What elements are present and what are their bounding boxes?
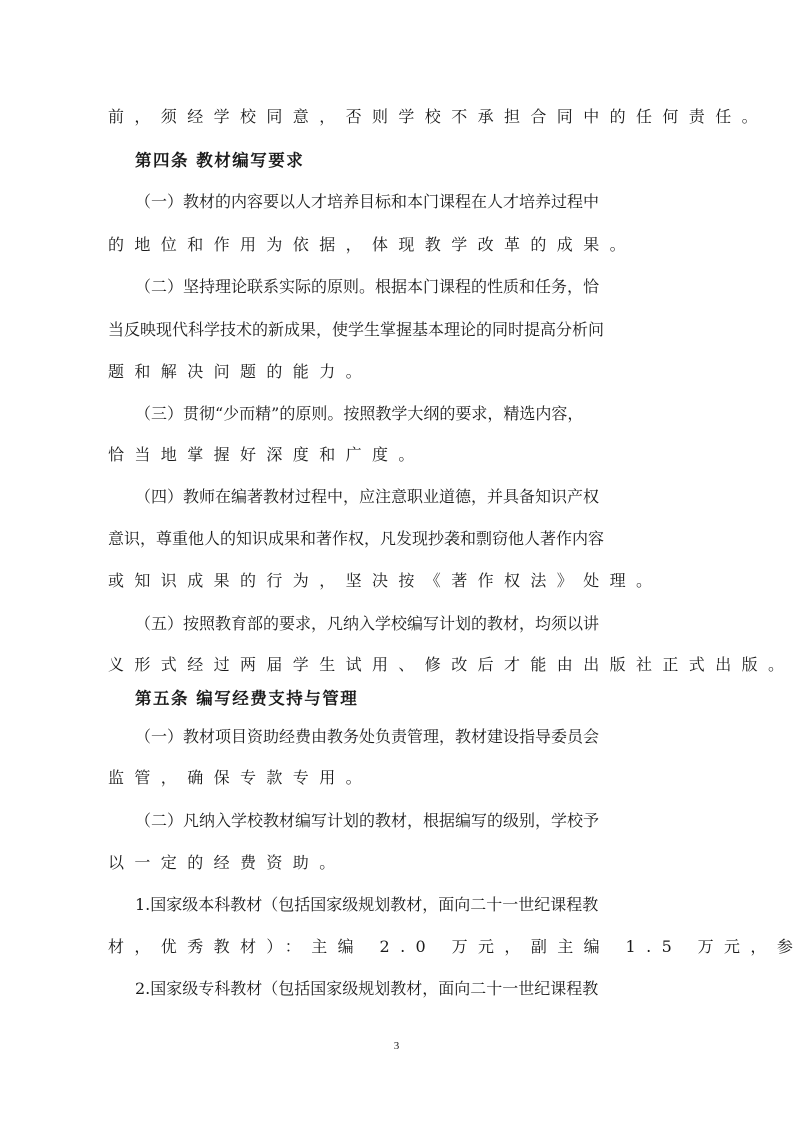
paragraph-line: （五）按照教育部的要求，凡纳入学校编写计划的教材，均须以讲 bbox=[135, 614, 725, 634]
paragraph-line: 前，须经学校同意，否则学校不承担合同中的任何责任。 bbox=[108, 107, 698, 127]
paragraph-line: （二）坚持理论联系实际的原则。根据本门课程的性质和任务，恰 bbox=[135, 277, 725, 297]
paragraph-line: 义形式经过两届学生试用、修改后才能由出版社正式出版。 bbox=[108, 655, 698, 675]
paragraph-line: 以一定的经费资助。 bbox=[108, 853, 698, 873]
paragraph-line: 材，优秀教材）：主编 2.0 万元，副主编 1.5 万元，参编 0.5 万元。 bbox=[108, 937, 698, 957]
paragraph-line: 监管，确保专款专用。 bbox=[108, 768, 698, 788]
paragraph-line: 意识，尊重他人的知识成果和著作权，凡发现抄袭和剽窃他人著作内容 bbox=[108, 529, 698, 549]
paragraph-line: 题和解决问题的能力。 bbox=[108, 362, 698, 382]
document-page: 前，须经学校同意，否则学校不承担合同中的任何责任。第四条 教材编写要求（一）教材… bbox=[0, 0, 793, 1122]
paragraph-line: 的地位和作用为依据，体现教学改革的成果。 bbox=[108, 235, 698, 255]
paragraph-line: 或知识成果的行为，坚决按《著作权法》处理。 bbox=[108, 571, 698, 591]
paragraph-line: （二）凡纳入学校教材编写计划的教材，根据编写的级别，学校予 bbox=[135, 811, 725, 831]
paragraph-line: （四）教师在编著教材过程中，应注意职业道德，并具备知识产权 bbox=[135, 487, 725, 507]
paragraph-line: 恰当地掌握好深度和广度。 bbox=[108, 445, 698, 465]
paragraph-line: 1.国家级本科教材（包括国家级规划教材，面向二十一世纪课程教 bbox=[135, 895, 725, 915]
paragraph-line: 2.国家级专科教材（包括国家级规划教材，面向二十一世纪课程教 bbox=[135, 979, 725, 999]
paragraph-line: （一）教材项目资助经费由教务处负责管理，教材建设指导委员会 bbox=[135, 727, 725, 747]
section-heading: 第五条 编写经费支持与管理 bbox=[135, 689, 725, 709]
paragraph-line: （一）教材的内容要以人才培养目标和本门课程在人才培养过程中 bbox=[135, 192, 725, 212]
page-number: 3 bbox=[0, 1040, 793, 1052]
section-heading: 第四条 教材编写要求 bbox=[135, 151, 725, 171]
paragraph-line: （三）贯彻“少而精”的原则。按照教学大纲的要求，精选内容， bbox=[135, 404, 725, 424]
paragraph-line: 当反映现代科学技术的新成果，使学生掌握基本理论的同时提高分析问 bbox=[108, 320, 698, 340]
